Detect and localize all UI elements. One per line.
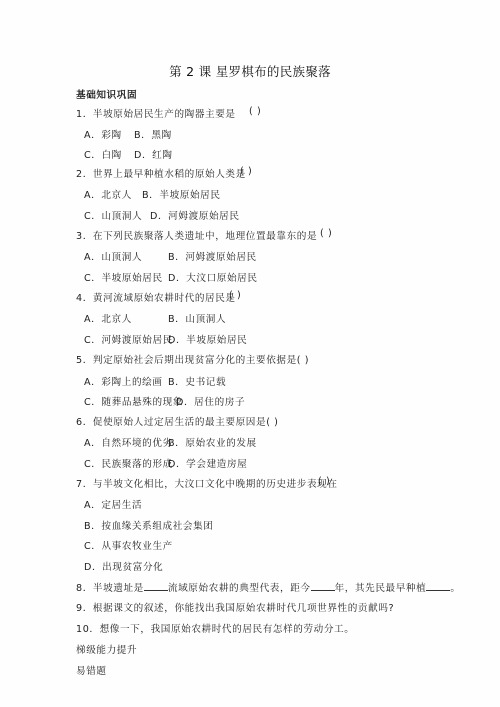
option-b: B．半坡原始居民 (142, 187, 221, 201)
section-heading-advanced: 梯级能力提升 (76, 642, 137, 656)
document-page: 第 2 课 星罗棋布的民族聚落 基础知识巩固 1．半坡原始居民生产的陶器主要是 … (0, 0, 500, 707)
question-stem: 4．黄河流域原始农耕时代的居民是 (76, 293, 236, 304)
answer-bracket: ( ) (240, 166, 252, 177)
question-6: 6．促使原始人过定居生活的最主要原因是( ) (76, 414, 279, 428)
question-9: 9．根据课文的叙述，你能找出我国原始农耕时代几项世界性的贡献吗? (76, 600, 394, 614)
option-b: B．原始农业的发展 (168, 435, 257, 449)
option-d: D．半坡原始居民 (168, 332, 247, 346)
question-3-options-row-1: A．山顶洞人 B．河姆渡原始居民 (84, 249, 142, 263)
question-4: 4．黄河流域原始农耕时代的居民是 ( ) (76, 290, 236, 304)
option-c: C．半坡原始居民 (84, 273, 163, 284)
option-b: B．黑陶 (134, 127, 172, 141)
question-stem: 1．半坡原始居民生产的陶器主要是 (76, 109, 236, 120)
option-a: A．彩陶上的绘画 (84, 377, 163, 388)
question-1: 1．半坡原始居民生产的陶器主要是 ( ) (76, 106, 236, 120)
option-b: B．史书记载 (168, 374, 226, 388)
option-a: A．北京人 (84, 190, 132, 201)
option-a: A．自然环境的优劣 (84, 438, 173, 449)
answer-bracket: ( ) (249, 106, 261, 117)
fill-blank-2[interactable] (311, 581, 335, 591)
question-7-option-a: A．定居生活 (84, 497, 142, 511)
fill-blank-1[interactable] (144, 581, 168, 591)
fill-blank-3[interactable] (426, 581, 450, 591)
question-7-option-d: D．出现贫富分化 (84, 559, 163, 573)
question-7: 7．与半坡文化相比，大汶口文化中晚期的历史进步表现在 ( ) (76, 476, 338, 490)
option-c: C．民族聚落的形成 (84, 459, 173, 470)
question-8-part-4: 。 (450, 583, 460, 594)
option-d: D．学会建造房屋 (168, 456, 247, 470)
question-3-options-row-2: C．半坡原始居民 D．大汶口原始居民 (84, 270, 163, 284)
option-a: A．北京人 (84, 314, 132, 325)
answer-bracket: ( ) (318, 476, 330, 487)
question-6-options-row-2: C．民族聚落的形成 D．学会建造房屋 (84, 456, 173, 470)
option-b: B．河姆渡原始居民 (168, 249, 257, 263)
option-b: B．山顶洞人 (168, 311, 226, 325)
question-4-options-row-2: C．河姆渡原始居民 D．半坡原始居民 (84, 332, 173, 346)
option-c: C．河姆渡原始居民 (84, 335, 173, 346)
option-c: C．白陶 (84, 150, 122, 161)
question-7-option-c: C．从事农牧业生产 (84, 538, 173, 552)
option-d: D．大汶口原始居民 (168, 270, 258, 284)
section-heading-error-prone: 易错题 (76, 663, 107, 677)
question-1-options-row-1: A．彩陶 B．黑陶 (84, 127, 122, 141)
option-a: A．山顶洞人 (84, 252, 142, 263)
answer-bracket: ( ) (320, 228, 332, 239)
question-2-options-row-1: A．北京人 B．半坡原始居民 (84, 187, 132, 201)
question-2-options-row-2: C．山顶洞人 D．河姆渡原始居民 (84, 208, 142, 222)
question-8-part-3: 年，其先民最早种植 (335, 583, 427, 594)
section-heading-basic: 基础知识巩固 (76, 87, 137, 101)
option-c: C．随葬品悬殊的现象 (84, 397, 183, 408)
option-c: C．山顶洞人 (84, 211, 142, 222)
question-5-options-row-1: A．彩陶上的绘画 B．史书记载 (84, 374, 163, 388)
question-8-part-1: 8．半坡遗址是 (76, 583, 144, 594)
question-5-options-row-2: C．随葬品悬殊的现象 D．居住的房子 (84, 394, 183, 408)
question-8: 8．半坡遗址是流域原始农耕的典型代表，距今年，其先民最早种植。 (76, 580, 461, 594)
question-5: 5．判定原始社会后期出现贫富分化的主要依据是( ) (76, 352, 309, 366)
option-d: D．河姆渡原始居民 (150, 208, 240, 222)
option-d: D．红陶 (134, 147, 173, 161)
question-stem: 3．在下列民族聚落人类遗址中，地理位置最靠东的是 (76, 231, 317, 242)
question-2: 2．世界上最早种植水稻的原始人类是 ( ) (76, 166, 246, 180)
question-stem: 6．促使原始人过定居生活的最主要原因是( ) (76, 417, 279, 428)
question-stem: 2．世界上最早种植水稻的原始人类是 (76, 169, 246, 180)
question-3: 3．在下列民族聚落人类遗址中，地理位置最靠东的是 ( ) (76, 228, 317, 242)
lesson-title: 第 2 课 星罗棋布的民族聚落 (0, 62, 500, 80)
question-1-options-row-2: C．白陶 D．红陶 (84, 147, 122, 161)
question-7-option-b: B．按血缘关系组成社会集团 (84, 518, 214, 532)
option-d: D．居住的房子 (176, 394, 245, 408)
question-6-options-row-1: A．自然环境的优劣 B．原始农业的发展 (84, 435, 173, 449)
option-a: A．彩陶 (84, 130, 122, 141)
question-8-part-2: 流域原始农耕的典型代表，距今 (168, 583, 311, 594)
question-stem: 5．判定原始社会后期出现贫富分化的主要依据是( ) (76, 355, 309, 366)
question-4-options-row-1: A．北京人 B．山顶洞人 (84, 311, 132, 325)
answer-bracket: ( ) (229, 290, 241, 301)
question-stem: 7．与半坡文化相比，大汶口文化中晚期的历史进步表现在 (76, 479, 338, 490)
question-10: 10．想像一下，我国原始农耕时代的居民有怎样的劳动分工。 (76, 621, 354, 635)
